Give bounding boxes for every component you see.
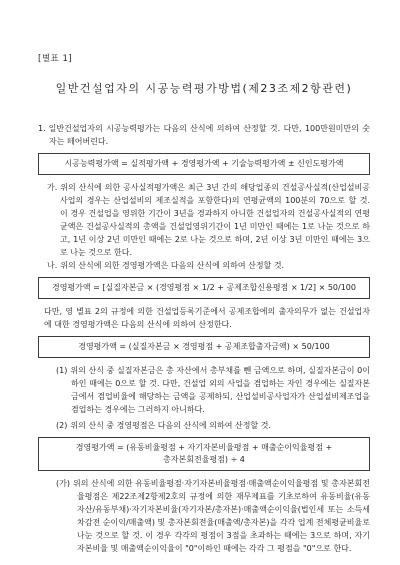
formula-management-evaluation-1: 경영평가액 = [실질자본금 × (경영평점 × 1/2 + 공제조합신용평점 … bbox=[38, 277, 370, 299]
clause-1-text: 일반건설업자의 시공능력평가는 다음의 산식에 의하여 산정할 것. 다만, 1… bbox=[49, 124, 370, 146]
annex-tag: [별표 1] bbox=[38, 52, 370, 64]
subclause-1-text: 위의 산식 중 실질자본금은 총 자산에서 총부채를 뺀 금액으로 하며, 실질… bbox=[70, 366, 370, 414]
proviso-paragraph: 다만, 영 별표 2의 규정에 의한 건설업등록기준에서 공제조합에의 출자의무… bbox=[44, 305, 370, 331]
clause-1: 1.일반건설업자의 시공능력평가는 다음의 산식에 의하여 산정할 것. 다만,… bbox=[38, 122, 370, 148]
formula-management-score-line2: 총자본회전율평점) ÷ 4 bbox=[43, 454, 365, 466]
document-page: [별표 1] 일반건설업자의 시공능력평가방법(제23조제2항관련) 1.일반건… bbox=[0, 0, 400, 565]
subclause-2-text: 위의 산식 중 경영평점은 다음의 산식에 의하여 산정할 것. bbox=[70, 421, 271, 430]
formula-management-score: 경영평가액 = (유동비율평점 + 자기자본비율평점 + 매출순이익율평점 + … bbox=[38, 437, 370, 471]
clause-1-ga: 가.위의 산식에 의한 공사실적평가액은 최근 3년 간의 해당업종의 건설공사… bbox=[47, 181, 370, 259]
formula-management-evaluation-2: 경영평가액 = (실질자본금 × 경영평점 + 공제조합출자금액) × 50/1… bbox=[38, 336, 370, 358]
formula-capability-evaluation: 시공능력평가액 = 실적평가액 + 경영평가액 + 기술능력평가액 ± 신인도평… bbox=[38, 153, 370, 175]
subclause-2-ga: (가)위의 산식에 의한 유동비율평점·자기자본비율평점·매출액순이익율평점 및… bbox=[56, 477, 370, 555]
subclause-2: (2)위의 산식 중 경영평점은 다음의 산식에 의하여 산정할 것. bbox=[56, 419, 370, 432]
document-title: 일반건설업자의 시공능력평가방법(제23조제2항관련) bbox=[38, 80, 370, 96]
formula-management-score-line1: 경영평가액 = (유동비율평점 + 자기자본비율평점 + 매출순이익율평점 + bbox=[43, 442, 365, 454]
subclause-1: (1)위의 산식 중 실질자본금은 총 자산에서 총부채를 뺀 금액으로 하며,… bbox=[56, 364, 370, 416]
subclause-1-label: (1) bbox=[56, 366, 67, 375]
subclause-2-ga-text: 위의 산식에 의한 유동비율평점·자기자본비율평점·매출액순이익율평점 및 총자… bbox=[73, 479, 370, 553]
subclause-2-ga-label: (가) bbox=[56, 479, 70, 488]
clause-1-na: 나.위의 산식에 의한 경영평가액은 다음의 산식에 의하여 산정할 것. bbox=[47, 259, 370, 272]
clause-1-number: 1. bbox=[38, 124, 46, 133]
clause-1-na-text: 위의 산식에 의한 경영평가액은 다음의 산식에 의하여 산정할 것. bbox=[60, 261, 284, 270]
clause-1-ga-label: 가. bbox=[47, 183, 57, 192]
subclause-2-label: (2) bbox=[56, 421, 67, 430]
clause-1-na-label: 나. bbox=[47, 261, 57, 270]
clause-1-ga-text: 위의 산식에 의한 공사실적평가액은 최근 3년 간의 해당업종의 건설공사실적… bbox=[60, 183, 370, 257]
